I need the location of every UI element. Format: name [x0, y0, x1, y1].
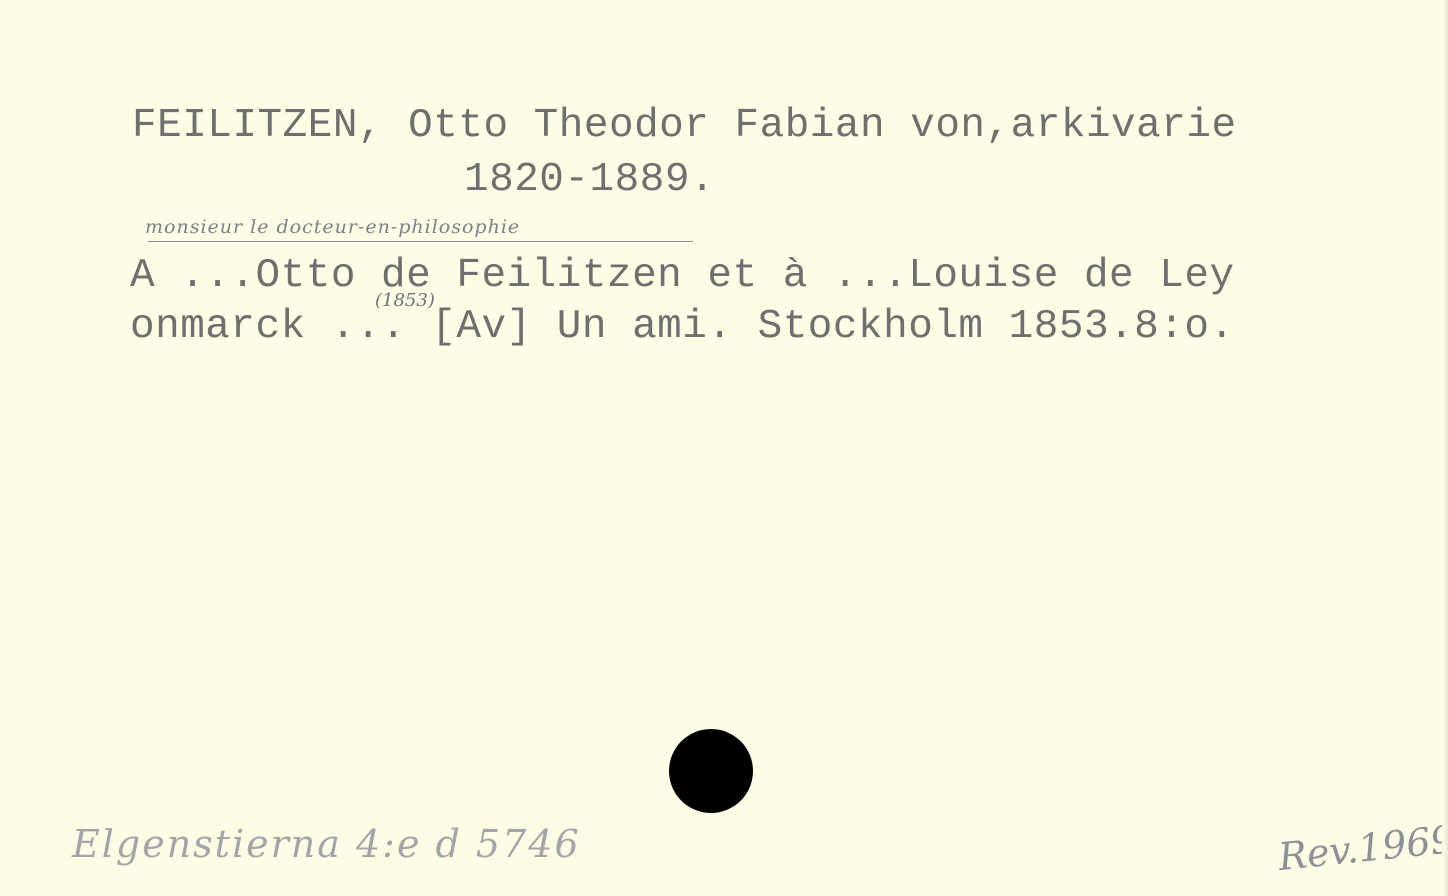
catalog-card: FEILITZEN, Otto Theodor Fabian von,arkiv… — [0, 0, 1448, 896]
card-heading: FEILITZEN, Otto Theodor Fabian von,arkiv… — [132, 106, 1237, 147]
title-line-2: onmarck ... [Av] Un ami. Stockholm 1853.… — [130, 307, 1235, 348]
life-dates: 1820-1889. — [464, 160, 715, 201]
handwritten-annotation: monsieur le docteur-en-philosophie — [145, 216, 520, 238]
handwritten-reference: Elgenstierna 4:e d 5746 — [72, 822, 581, 866]
card-edge — [1442, 0, 1448, 896]
punch-hole — [669, 729, 753, 813]
handwritten-revision: Rev.1969 — [1276, 817, 1448, 879]
title-line-1: A ...Otto de Feilitzen et à ...Louise de… — [130, 256, 1235, 297]
handwritten-year: (1853) — [375, 290, 435, 311]
annotation-underline — [148, 241, 693, 242]
